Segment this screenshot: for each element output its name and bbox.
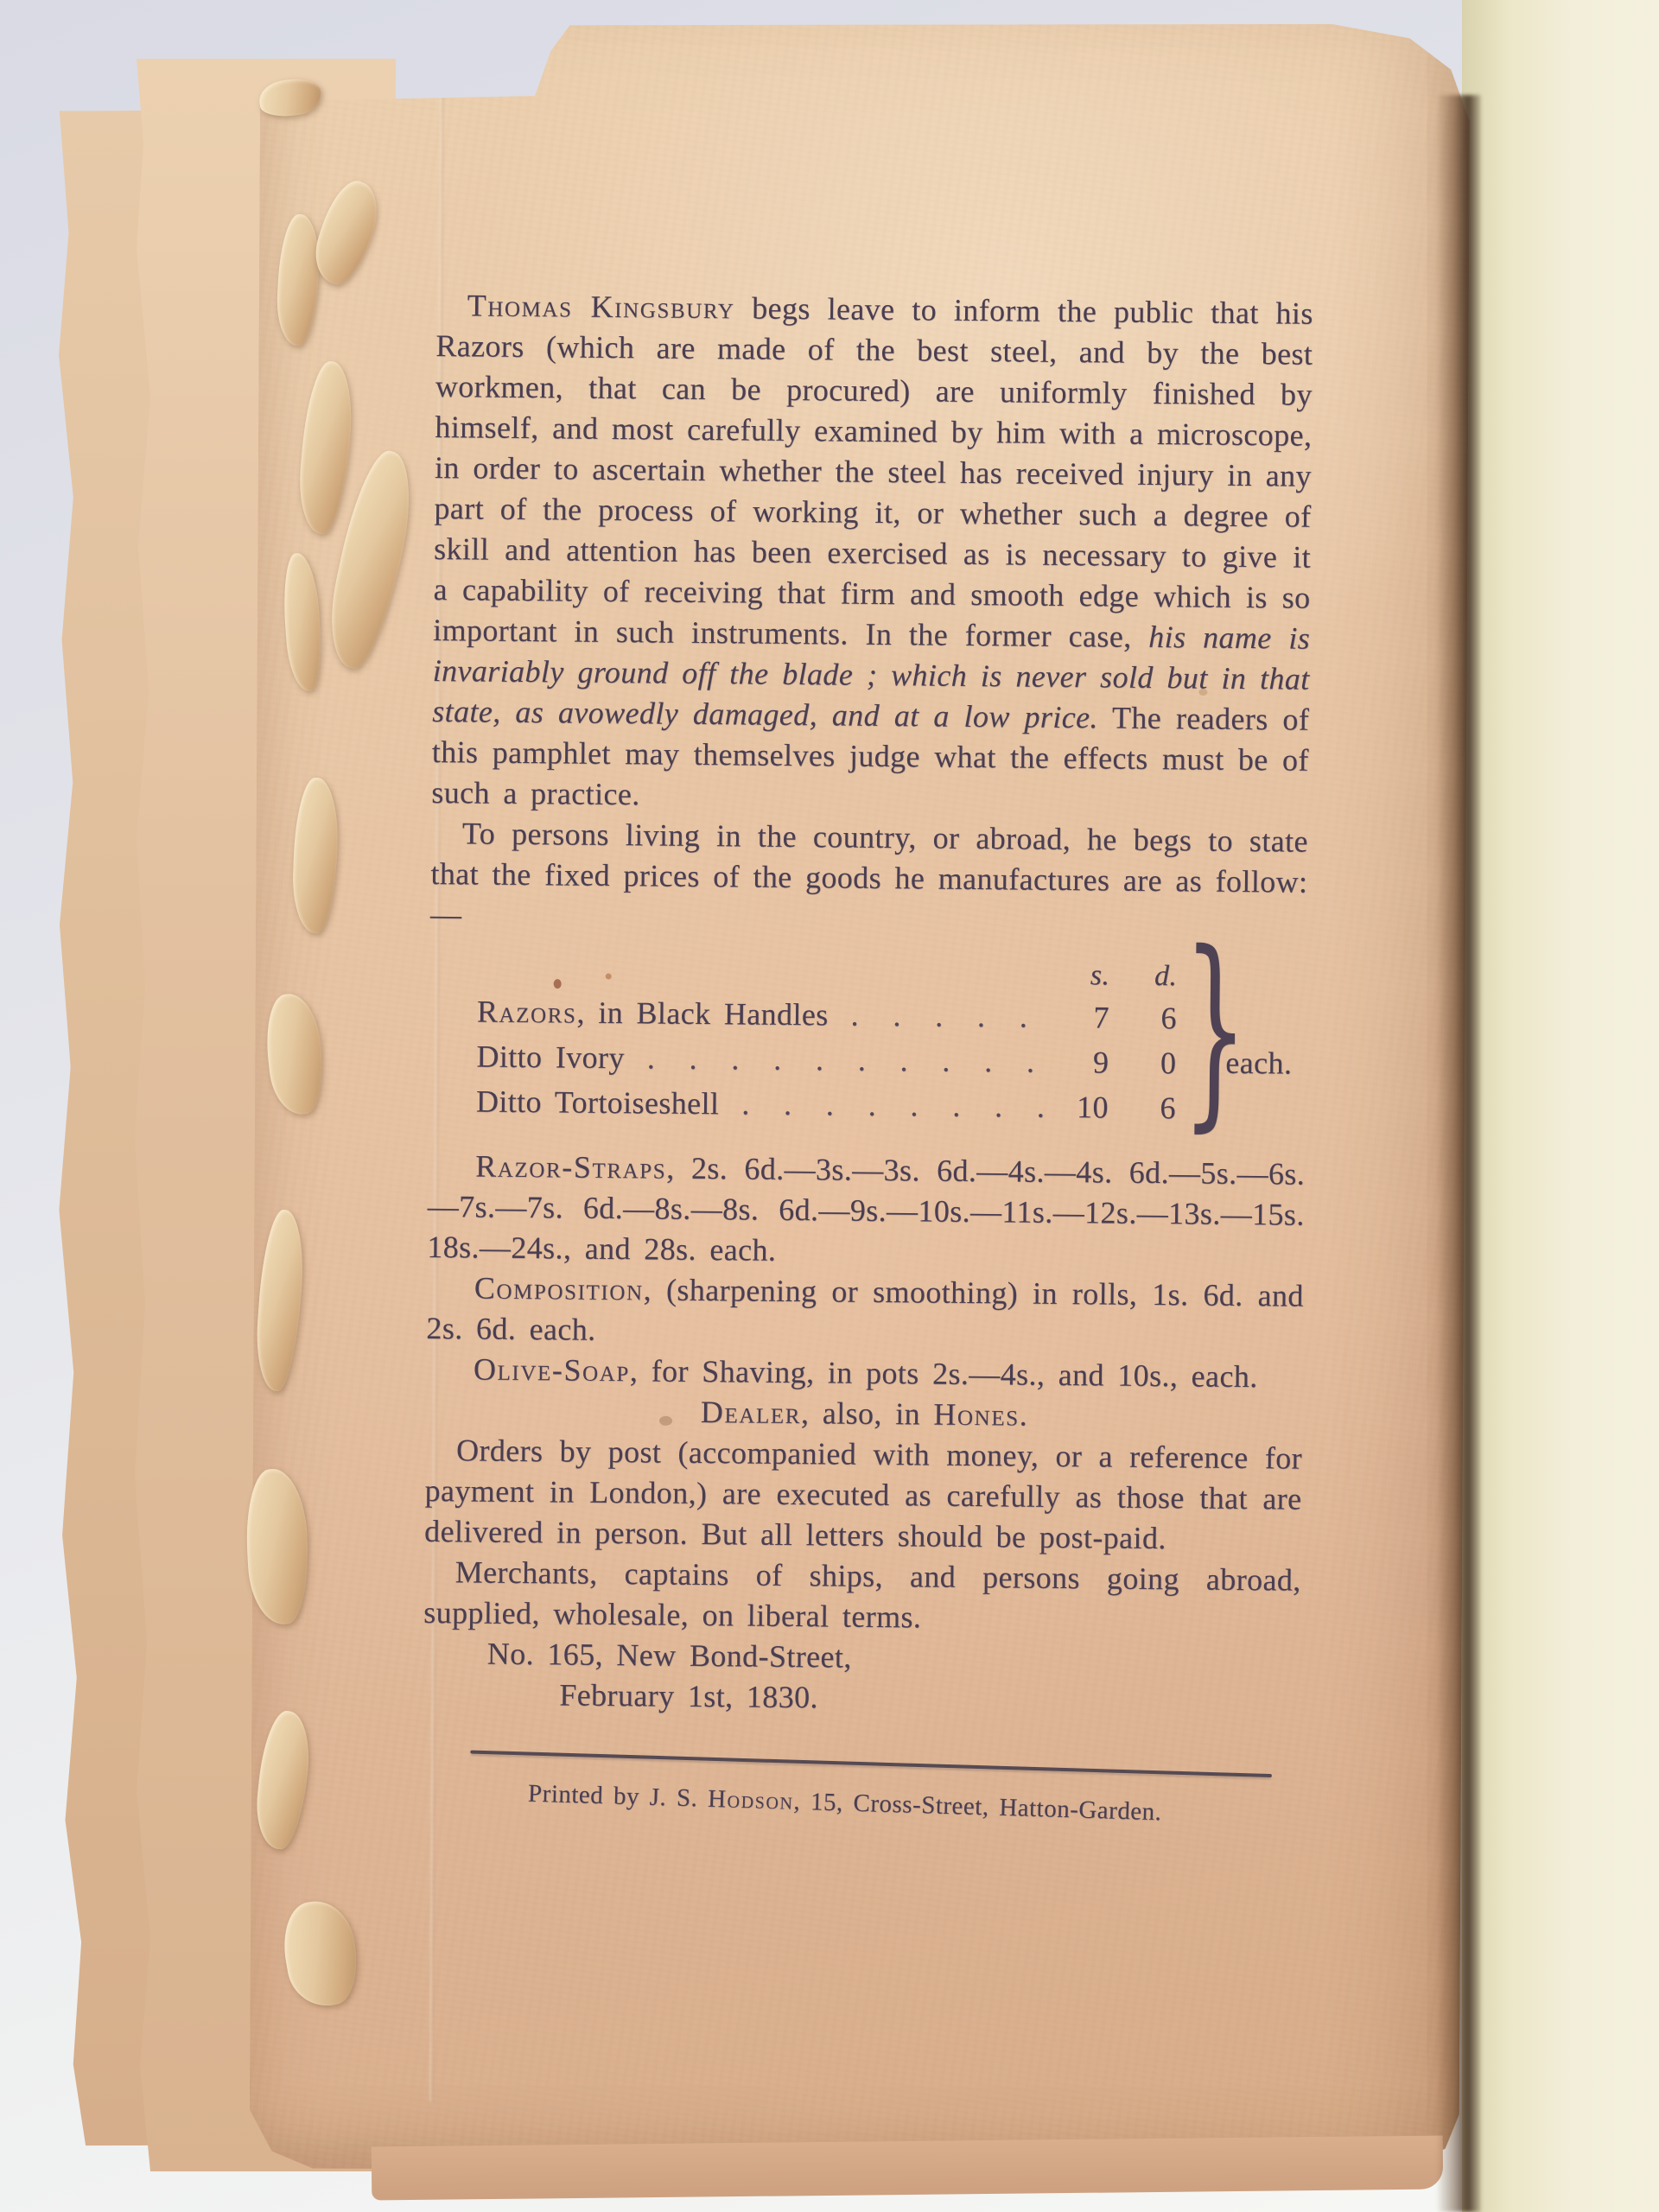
hones-smallcaps: Hones: [933, 1397, 1020, 1433]
price-pence: 0: [1109, 1040, 1176, 1086]
underleaf-bottom-edge: [372, 2136, 1444, 2201]
dealer-mid-text: , also, in: [801, 1395, 934, 1431]
price-table: s. d. Razors, in Black Handles . . . . .…: [429, 950, 1294, 1132]
author-name: Thomas Kingsbury: [467, 288, 735, 325]
price-pence: 6: [1109, 995, 1177, 1041]
price-item-label: Razors, in Black Handles: [429, 988, 829, 1037]
olive-soap-paragraph: Olive-Soap, for Shaving, in pots 2s.—4s.…: [426, 1349, 1303, 1398]
book-gutter-shadow: [1436, 95, 1481, 2212]
razor-straps-paragraph: Razor-Straps, 2s. 6d.—3s.—3s. 6d.—4s.—4s…: [427, 1146, 1305, 1276]
price-row: Ditto Tortoiseshell . . . . . . . . . 10…: [429, 1078, 1293, 1132]
composition-smallcaps: Composition: [474, 1270, 644, 1306]
dot-leaders: . . . . . .: [828, 992, 1053, 1039]
price-item-rest: Ditto Tortoiseshell: [476, 1084, 720, 1121]
printer-name-smallcaps: Hodson: [708, 1785, 794, 1815]
price-pence: 6: [1109, 1085, 1176, 1131]
opening-paragraph: Thomas Kingsbury begs leave to inform th…: [431, 285, 1313, 822]
olive-soap-text: , for Shaving, in pots 2s.—4s., and 10s.…: [630, 1353, 1258, 1394]
price-item-rest: , in Black Handles: [576, 995, 829, 1033]
opening-paragraph-text: begs leave to inform the public that his…: [433, 290, 1313, 654]
price-item-label: Ditto Ivory: [429, 1033, 625, 1080]
price-item-label: Ditto Tortoiseshell: [429, 1078, 720, 1126]
dealer-end: .: [1019, 1398, 1027, 1433]
price-table-header-spacer: [429, 950, 1053, 995]
dot-leaders: . . . . . . . . . . .: [625, 1035, 1053, 1084]
price-each-label: each.: [1225, 1043, 1292, 1084]
price-shillings: 10: [1052, 1084, 1109, 1130]
photo-of-open-book: Thomas Kingsbury begs leave to inform th…: [0, 0, 1659, 2212]
price-row: Ditto Ivory . . . . . . . . . . . 9 0: [429, 1033, 1293, 1087]
composition-paragraph: Composition, (sharpening or smoothing) i…: [426, 1268, 1304, 1357]
price-shillings: 7: [1053, 995, 1109, 1040]
pamphlet-text: Thomas Kingsbury begs leave to inform th…: [422, 285, 1313, 1815]
razor-straps-smallcaps: Razor-Straps: [475, 1148, 666, 1185]
price-brace: }: [1182, 918, 1249, 1141]
shillings-column-header: s.: [1053, 957, 1109, 995]
imprint-pre: Printed by J. S.: [528, 1780, 709, 1813]
imprint-rule: [470, 1751, 1272, 1778]
merchants-paragraph: Merchants, captains of ships, and person…: [423, 1552, 1301, 1642]
price-item-rest: Ditto Ivory: [476, 1039, 625, 1075]
prices-intro-paragraph: To persons living in the country, or abr…: [430, 813, 1308, 944]
price-item-smallcaps: Razors: [477, 994, 577, 1029]
dot-leaders: . . . . . . . . .: [719, 1081, 1052, 1129]
price-row: Razors, in Black Handles . . . . . . 7 6: [429, 988, 1294, 1042]
orders-paragraph: Orders by post (accompanied with money, …: [424, 1430, 1302, 1560]
pence-column-header: d.: [1109, 957, 1177, 996]
olive-soap-smallcaps: Olive-Soap: [474, 1351, 630, 1388]
dealer-smallcaps: Dealer: [701, 1395, 802, 1430]
price-shillings: 9: [1052, 1039, 1109, 1085]
facing-book-page: [1462, 0, 1659, 2212]
date-line: February 1st, 1830.: [559, 1675, 1300, 1722]
